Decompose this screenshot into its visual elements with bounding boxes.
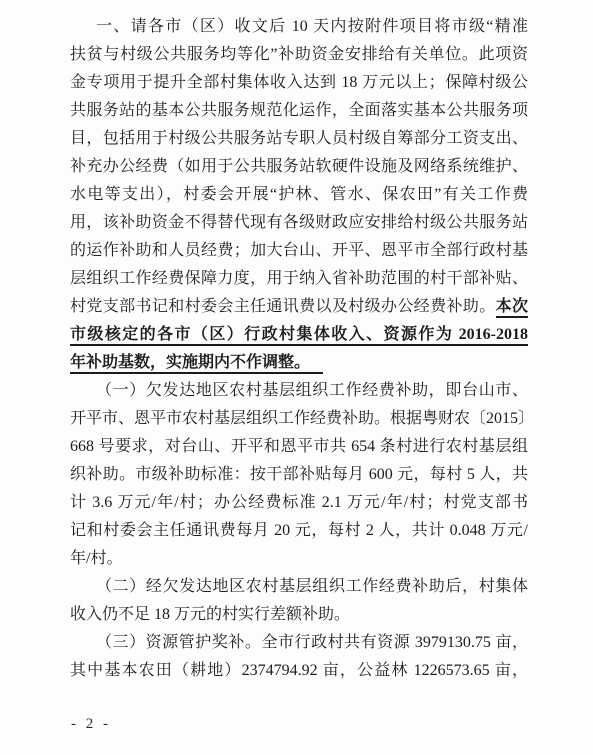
text-line: 收入仍不足 18 万元的村实行差额补助。 [70,601,528,629]
emphasis-underlined-text: 市级核定的各市（区）行政村集体收入、资源作为 2016-2018 [70,326,528,346]
text-line: 共服务站的基本公共服务规范化运作，全面落实基本公共服务项 [70,97,528,125]
text-line: 开平市、恩平市农村基层组织工作经费补助。根据粤财农〔2015〕 [70,405,528,433]
text-line: 计 3.6 万元/年/村；办公经费标准 2.1 万元/年/村；村党支部书 [70,489,528,517]
text-line: 的运作补助和人员经费；加大台山、开平、恩平市全部行政村基 [70,237,528,265]
text-line: 其中基本农田（耕地）2374794.92 亩，公益林 1226573.65 亩， [70,657,528,685]
text-line: 668 号要求，对台山、开平和恩平市共 654 条村进行农村基层组 [70,433,528,461]
text-line: （二）经欠发达地区农村基层组织工作经费补助后，村集体 [70,573,528,601]
emphasis-underlined-text: 本次 [496,298,528,318]
text-line: （三）资源管护奖补。全市行政村共有资源 3979130.75 亩， [70,629,528,657]
text-line: 补充办公经费（如用于公共服务站软硬件设施及网络系统维护、 [70,153,528,181]
text-line: 水电等支出），村委会开展“护林、管水、保农田”有关工作费 [70,181,528,209]
document-body: 一、请各市（区）收文后 10 天内按附件项目将市级“精准 扶贫与村级公共服务均等… [70,13,528,685]
text-line: 村党支部书记和村委会主任通讯费以及村级办公经费补助。本次 [70,293,528,321]
text-line: 目，包括用于村级公共服务站专职人员村级自筹部分工资支出、 [70,125,528,153]
text-line: 织补助。市级补助标准：按干部补贴每月 600 元，每村 5 人，共 [70,461,528,489]
text-line: 一、请各市（区）收文后 10 天内按附件项目将市级“精准 [70,13,528,41]
line-text: 村党支部书记和村委会主任通讯费以及村级办公经费补助。 [70,298,496,315]
text-line: 扶贫与村级公共服务均等化”补助资金安排给有关单位。此项资 [70,41,528,69]
text-line: 记和村委会主任通讯费每月 20 元，每村 2 人，共计 0.048 万元/ [70,517,528,545]
text-line: 层组织工作经费保障力度，用于纳入省补助范围的村干部补贴、 [70,265,528,293]
document-page: 一、请各市（区）收文后 10 天内按附件项目将市级“精准 扶贫与村级公共服务均等… [0,0,593,755]
text-line: 用，该补助资金不得替代现有各级财政应安排给村级公共服务站 [70,209,528,237]
text-line: 金专项用于提升全部村集体收入达到 18 万元以上；保障村级公 [70,69,528,97]
text-line: （一）欠发达地区农村基层组织工作经费补助，即台山市、 [70,377,528,405]
emphasis-underlined-text: 年补助基数，实施期内不作调整。 [70,354,323,374]
page-number: - 2 - [71,714,111,734]
text-line: 市级核定的各市（区）行政村集体收入、资源作为 2016-2018 [70,321,528,349]
text-line: 年/村。 [70,545,528,573]
text-line: 年补助基数，实施期内不作调整。 [70,349,528,377]
